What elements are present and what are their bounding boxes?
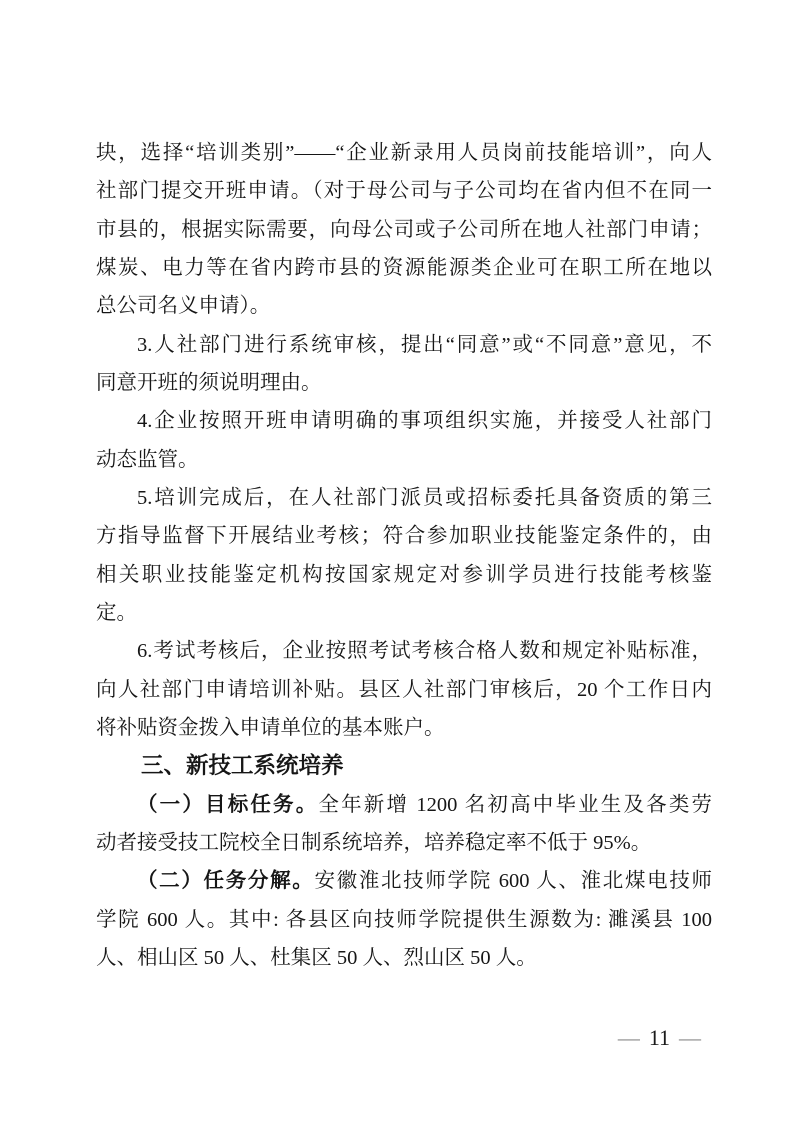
text-line: 学院 600 人。其中: 各县区向技师学院提供生源数为: 濉溪县 100 <box>96 901 712 939</box>
paragraph: 5.培训完成后，在人社部门派员或招标委托具备资质的第三方指导监督下开展结业考核；… <box>96 479 712 632</box>
text-line: 4.企业按照开班申请明确的事项组织实施，并接受人社部门 <box>96 402 712 440</box>
text-line: 总公司名义申请）。 <box>96 287 712 325</box>
text-line: 将补贴资金拨入申请单位的基本账户。 <box>96 709 712 747</box>
paragraph: 3.人社部门进行系统审核，提出“同意”或“不同意”意见，不同意开班的须说明理由。 <box>96 326 712 403</box>
body-text: 安徽淮北技师学院 600 人、淮北煤电技师 <box>314 870 712 892</box>
paragraph: （二）任务分解。安徽淮北技师学院 600 人、淮北煤电技师学院 600 人。其中… <box>96 862 712 977</box>
text-line: 6.考试考核后，企业按照考试考核合格人数和规定补贴标准， <box>96 632 712 670</box>
text-line: 方指导监督下开展结业考核；符合参加职业技能鉴定条件的，由 <box>96 517 712 555</box>
text-line: 同意开班的须说明理由。 <box>96 364 712 402</box>
footer-dash-right: — <box>679 1025 701 1050</box>
paragraph: 4.企业按照开班申请明确的事项组织实施，并接受人社部门动态监管。 <box>96 402 712 479</box>
document-body: 块，选择“培训类别”——“企业新录用人员岗前技能培训”，向人社部门提交开班申请。… <box>96 134 712 977</box>
text-line: 动态监管。 <box>96 441 712 479</box>
footer-page-number: 11 <box>640 1025 679 1050</box>
text-line: 5.培训完成后，在人社部门派员或招标委托具备资质的第三 <box>96 479 712 517</box>
bold-lead-text: （二）任务分解。 <box>137 870 314 892</box>
text-line: 3.人社部门进行系统审核，提出“同意”或“不同意”意见，不 <box>96 326 712 364</box>
section-heading: 三、新技工系统培养 <box>96 747 712 785</box>
text-line: （二）任务分解。安徽淮北技师学院 600 人、淮北煤电技师 <box>96 862 712 900</box>
paragraph: （一）目标任务。全年新增 1200 名初高中毕业生及各类劳动者接受技工院校全日制… <box>96 786 712 863</box>
text-line: 人、相山区 50 人、杜集区 50 人、烈山区 50 人。 <box>96 939 712 977</box>
text-line: 三、新技工系统培养 <box>96 747 712 785</box>
text-line: 相关职业技能鉴定机构按国家规定对参训学员进行技能考核鉴 <box>96 556 712 594</box>
text-line: 定。 <box>96 594 712 632</box>
page-footer: —11— <box>618 1026 701 1050</box>
paragraph: 6.考试考核后，企业按照考试考核合格人数和规定补贴标准，向人社部门申请培训补贴。… <box>96 632 712 747</box>
paragraph: 块，选择“培训类别”——“企业新录用人员岗前技能培训”，向人社部门提交开班申请。… <box>96 134 712 326</box>
text-line: 向人社部门申请培训补贴。县区人社部门审核后，20 个工作日内 <box>96 671 712 709</box>
document-page: 块，选择“培训类别”——“企业新录用人员岗前技能培训”，向人社部门提交开班申请。… <box>0 0 793 1122</box>
footer-dash-left: — <box>618 1025 640 1050</box>
text-line: （一）目标任务。全年新增 1200 名初高中毕业生及各类劳 <box>96 786 712 824</box>
text-line: 煤炭、电力等在省内跨市县的资源能源类企业可在职工所在地以 <box>96 249 712 287</box>
text-line: 社部门提交开班申请。（对于母公司与子公司均在省内但不在同一 <box>96 172 712 210</box>
bold-lead-text: （一）目标任务。 <box>137 794 318 816</box>
text-line: 块，选择“培训类别”——“企业新录用人员岗前技能培训”，向人 <box>96 134 712 172</box>
text-line: 市县的，根据实际需要，向母公司或子公司所在地人社部门申请； <box>96 211 712 249</box>
text-line: 动者接受技工院校全日制系统培养，培养稳定率不低于 95%。 <box>96 824 712 862</box>
body-text: 全年新增 1200 名初高中毕业生及各类劳 <box>318 794 712 816</box>
